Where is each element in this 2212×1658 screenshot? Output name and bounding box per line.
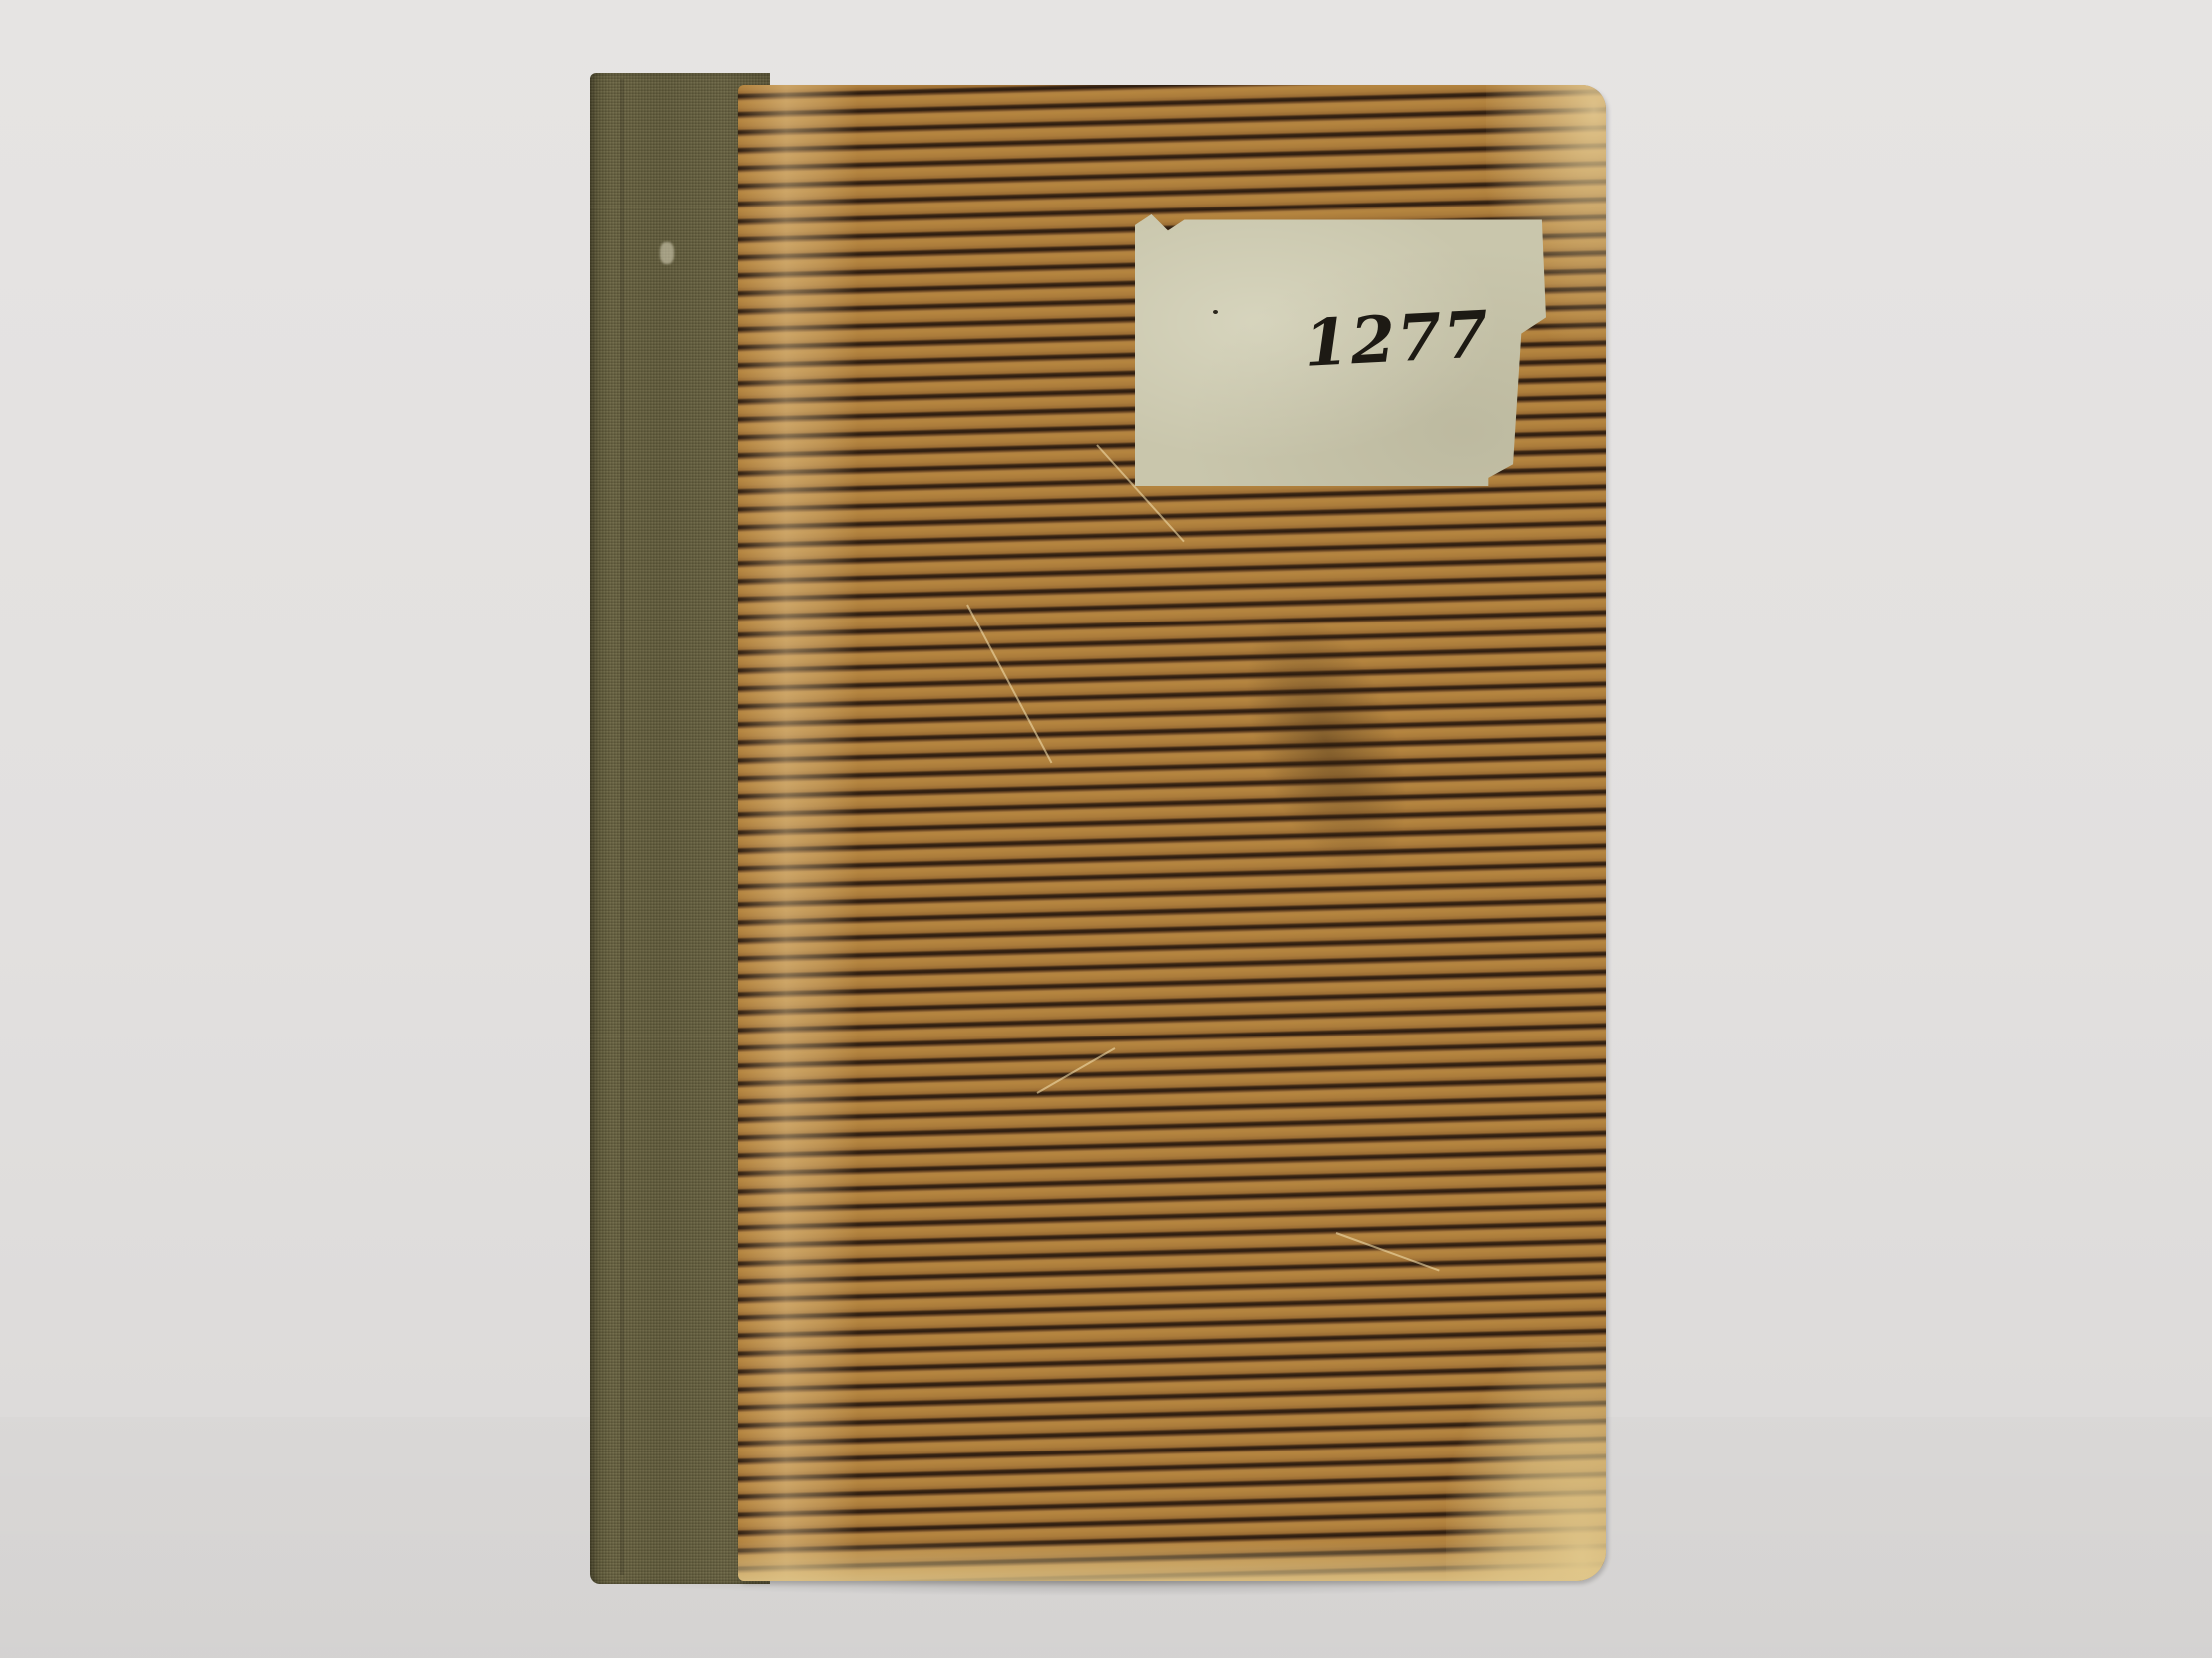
cover-scratch [1336,1232,1440,1272]
paper-label: 1277 [1135,214,1546,486]
label-ink-dot [1213,310,1218,314]
spine-joint [620,79,624,1575]
cover-dark-stain [1213,589,1439,899]
book: 1277 [590,73,1608,1584]
cover-scratch [1037,1047,1116,1094]
spine-mark [660,242,674,264]
book-cover: 1277 [738,85,1606,1581]
cover-wear-bottom-edge [738,1541,1606,1581]
cover-wear-left-edge [738,85,858,1581]
cover-scratch [966,605,1052,764]
label-number: 1277 [1302,297,1492,382]
